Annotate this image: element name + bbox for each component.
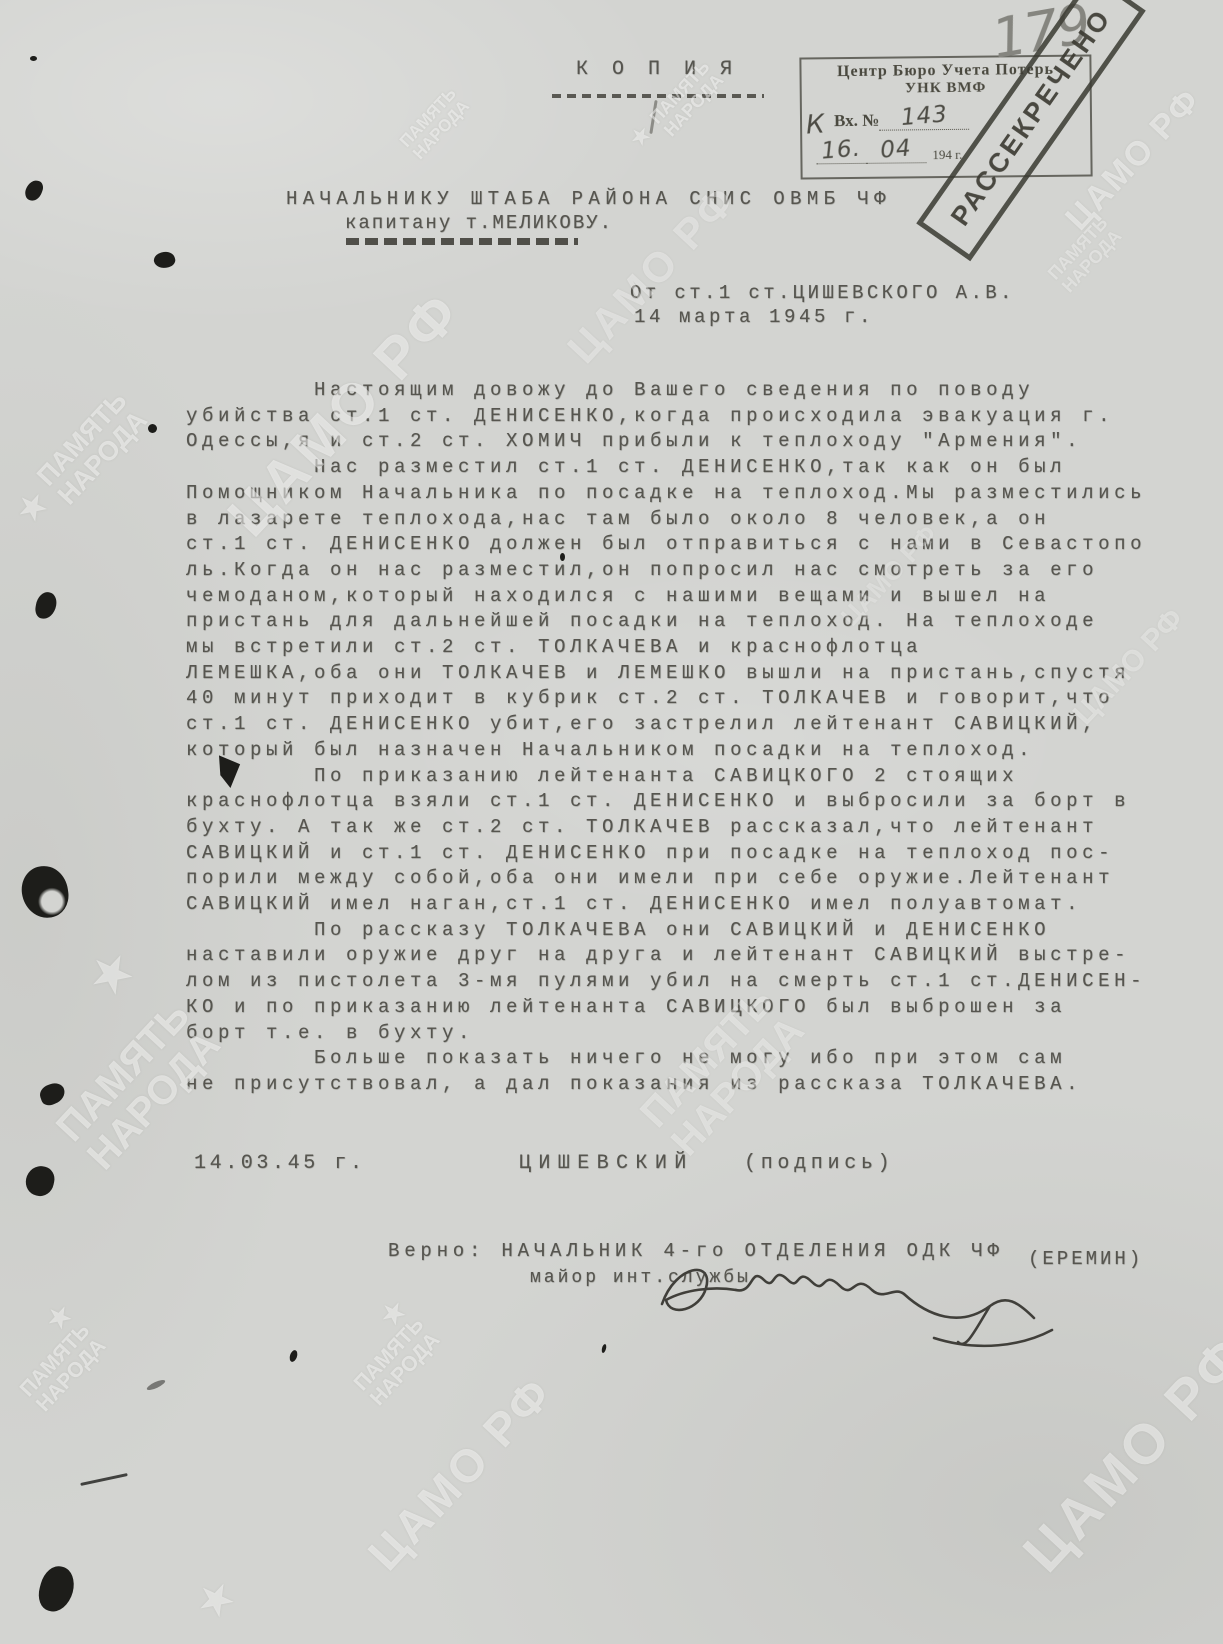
body-line: Нас разместил ст.1 ст. ДЕНИСЕНКО,так как… xyxy=(186,455,1146,481)
ink-speck xyxy=(30,56,37,61)
sender-line: От ст.1 ст.ЦИШЕВСКОГО А.В. xyxy=(630,282,1015,304)
signature-note: (подпись) xyxy=(744,1152,894,1175)
watermark-memory: ПАМЯТЬ НАРОДА xyxy=(32,386,153,510)
body-line: САВИЦКИЙ имел наган,ст.1 ст. ДЕНИСЕНКО и… xyxy=(186,892,1146,918)
dashed-rule xyxy=(346,238,578,245)
report-body: Настоящим довожу до Вашего сведения по п… xyxy=(186,378,1146,1098)
body-line: ЛЕМЕШКА,оба они ТОЛКАЧЕВ и ЛЕМЕШКО вышли… xyxy=(186,661,1146,687)
watermark-star-icon: ★ xyxy=(73,936,149,1011)
watermark-star-icon: ★ xyxy=(6,481,59,533)
watermark-memory: ПАМЯТЬ НАРОДА xyxy=(350,1314,444,1410)
stray-pen-mark xyxy=(649,100,657,134)
incoming-number-label: Вх. № xyxy=(834,111,879,131)
handwritten-mark: К xyxy=(805,109,826,140)
ink-speck xyxy=(288,1349,298,1363)
body-line: ст.1 ст. ДЕНИСЕНКО убит,его застрелил ле… xyxy=(186,712,1146,738)
ink-blot xyxy=(37,1080,67,1107)
sender-date: 14 марта 1945 г. xyxy=(634,306,874,328)
body-line: чемоданом,который находился с нашими вещ… xyxy=(186,584,1146,610)
body-line: в лазарете теплохода,нас там было около … xyxy=(186,507,1146,533)
body-line: краснофлотца взяли ст.1 ст. ДЕНИСЕНКО и … xyxy=(186,789,1146,815)
body-line: Больше показать ничего не могу ибо при э… xyxy=(186,1046,1146,1072)
body-line: убийства ст.1 ст. ДЕНИСЕНКО,когда происх… xyxy=(186,404,1146,430)
body-line: лом из пистолета 3-мя пулями убил на сме… xyxy=(186,969,1146,995)
body-line: пристань для дальнейшей посадки на тепло… xyxy=(186,609,1146,635)
watermark-star-icon: ★ xyxy=(184,1568,248,1632)
body-line: бухту. А так же ст.2 ст. ТОЛКАЧЕВ расска… xyxy=(186,815,1146,841)
body-line: Помощником Начальника по посадке на тепл… xyxy=(186,481,1146,507)
addressee-line1: НАЧАЛЬНИКУ ШТАБА РАЙОНА СНИС ОВМБ ЧФ xyxy=(286,188,891,210)
body-line: По приказанию лейтенанта САВИЦКОГО 2 сто… xyxy=(186,764,1146,790)
handwritten-signature xyxy=(636,1246,1076,1366)
ink-speck xyxy=(560,553,565,561)
body-line: порили между собой,оба они имели при себ… xyxy=(186,866,1146,892)
body-line: САВИЦКИЙ и ст.1 ст. ДЕНИСЕНКО при посадк… xyxy=(186,841,1146,867)
body-line: не присутствовал, а дал показания из рас… xyxy=(186,1072,1146,1098)
incoming-number-handwritten: 143 xyxy=(900,101,949,131)
ink-blot xyxy=(23,1163,57,1198)
signature-date: 14.03.45 г. xyxy=(194,1152,366,1175)
stamp-date-month: 04 xyxy=(880,135,913,163)
document-page: ЦАМО РФ ПАМЯТЬ НАРОДА ★ ПАМЯТЬ НАРОДА ★ … xyxy=(0,0,1223,1644)
body-line: ст.1 ст. ДЕНИСЕНКО должен был отправитьс… xyxy=(186,532,1146,558)
ink-blot xyxy=(34,590,58,620)
body-line: 40 минут приходит в кубрик ст.2 ст. ТОЛК… xyxy=(186,686,1146,712)
body-line: Настоящим довожу до Вашего сведения по п… xyxy=(186,378,1146,404)
body-line: КО и по приказанию лейтенанта САВИЦКОГО … xyxy=(186,995,1146,1021)
ink-speck xyxy=(146,1378,167,1392)
watermark-memory: ПАМЯТЬ НАРОДА xyxy=(1045,214,1126,297)
watermark-memory: ПАМЯТЬ НАРОДА xyxy=(16,1320,110,1416)
body-line: наставили оружие друг на друга и лейтена… xyxy=(186,943,1146,969)
body-line: По рассказу ТОЛКАЧЕВА они САВИЦКИЙ и ДЕН… xyxy=(186,918,1146,944)
watermark-archive: ЦАМО РФ xyxy=(357,1365,563,1580)
body-line: который был назначен Начальником посадки… xyxy=(186,738,1146,764)
body-line: ль.Когда он нас разместил,он попросил на… xyxy=(186,558,1146,584)
watermark-star-icon: ★ xyxy=(37,1296,81,1340)
body-line: борт т.е. в бухту. xyxy=(186,1021,1146,1047)
stamp-date-day: 16. xyxy=(821,136,863,165)
scratch-mark xyxy=(80,1473,128,1486)
ink-blot xyxy=(23,178,45,203)
body-line: мы встретили ст.2 ст. ТОЛКАЧЕВА и красно… xyxy=(186,635,1146,661)
body-line: Одессы,я и ст.2 ст. ХОМИЧ прибыли к тепл… xyxy=(186,429,1146,455)
ink-blot xyxy=(152,250,176,271)
copy-heading: К О П И Я xyxy=(576,58,738,81)
dashed-rule xyxy=(552,94,764,98)
ink-speck xyxy=(601,1344,607,1354)
watermark-memory: ПАМЯТЬ НАРОДА xyxy=(397,85,473,163)
watermark-star-icon: ★ xyxy=(371,1292,415,1336)
ink-blot xyxy=(19,863,72,921)
ink-blot xyxy=(35,1563,79,1616)
signature-name: ЦИШЕВСКИЙ xyxy=(519,1152,694,1175)
stamp-year-printed: 194 г. xyxy=(932,147,962,163)
addressee-line2: капитану т.МЕЛИКОВУ. xyxy=(345,212,613,234)
ink-blot xyxy=(148,424,157,433)
